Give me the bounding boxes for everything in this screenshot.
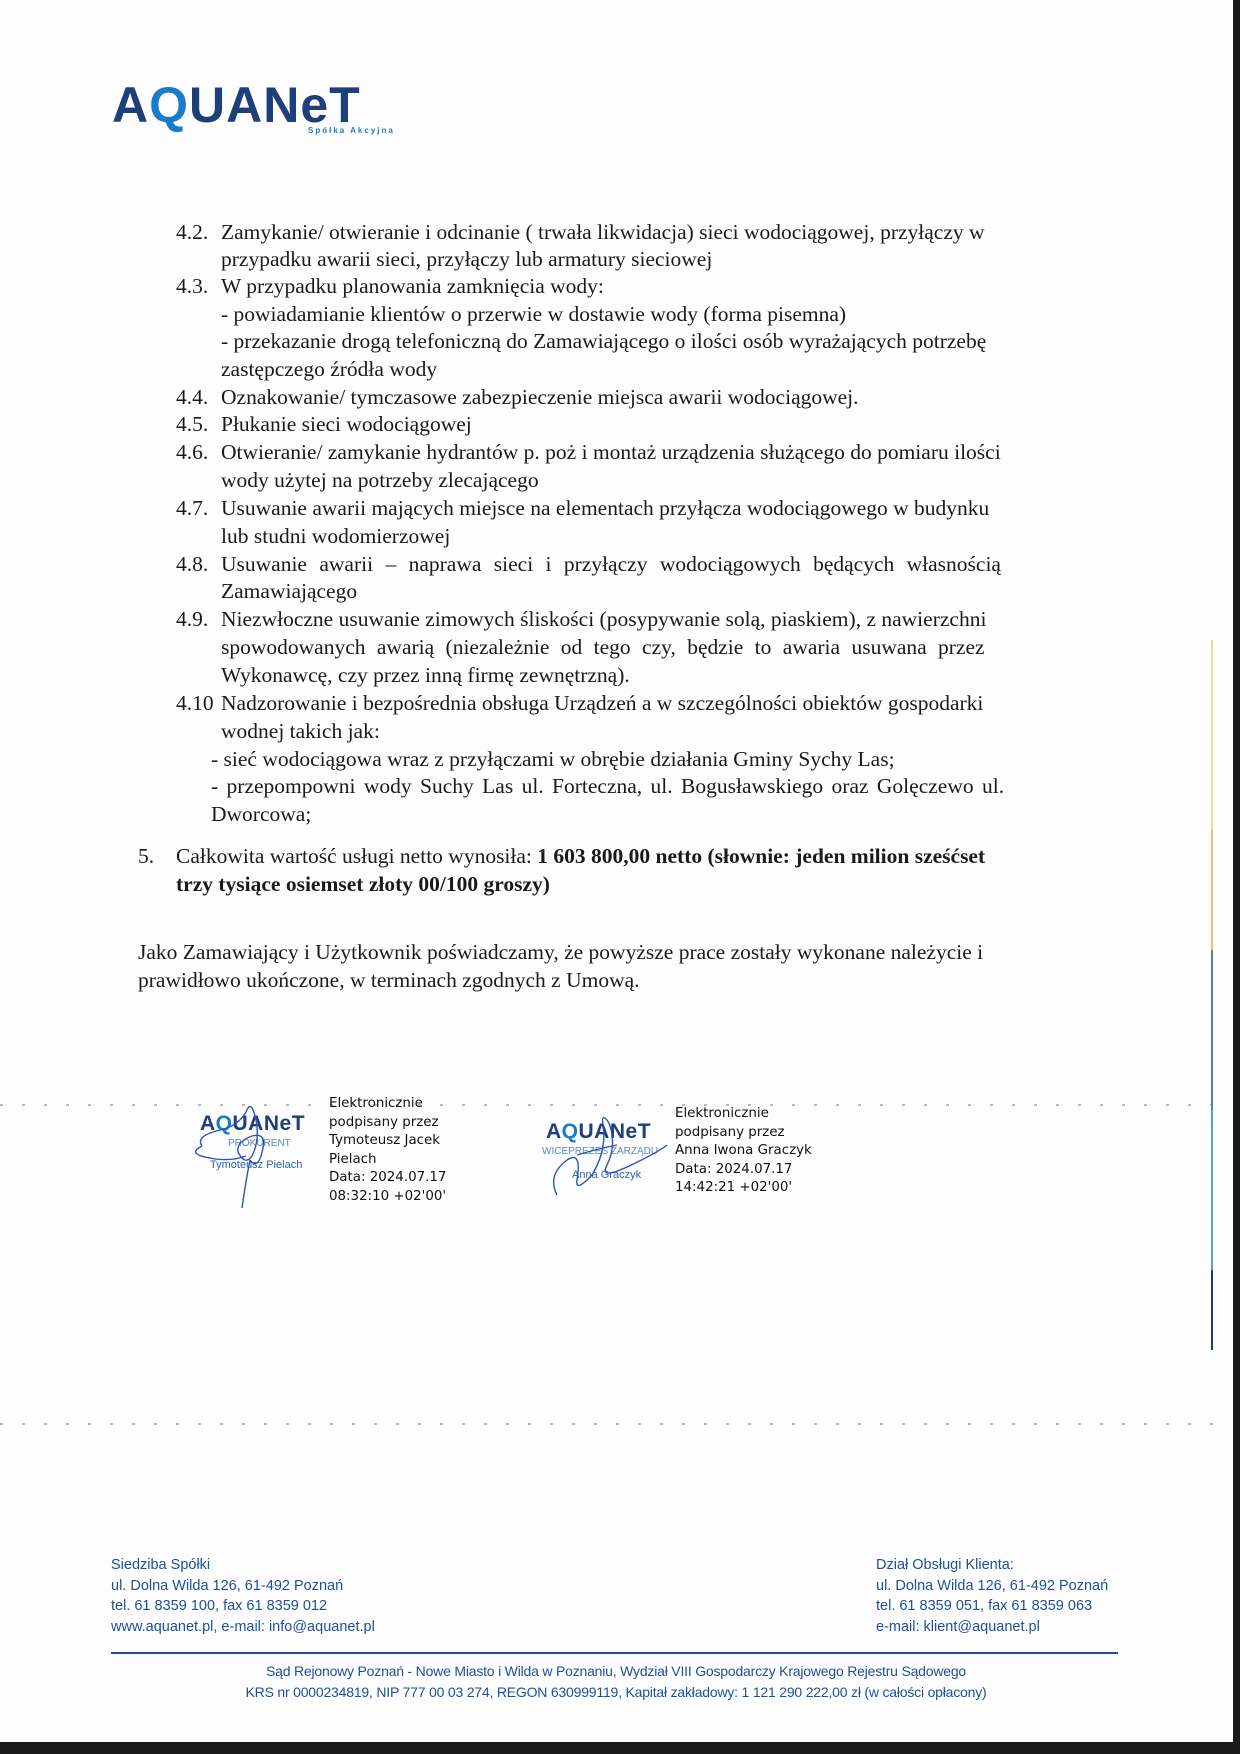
footer-heading: Siedziba Spółki <box>111 1555 375 1576</box>
footer-company-ids: KRS nr 0000234819, NIP 777 00 03 274, RE… <box>0 1682 1232 1703</box>
item-bullet: - przepompowni wody Suchy Las ul. Fortec… <box>211 772 1004 800</box>
scan-edge <box>0 1742 1240 1754</box>
scan-artifact-line <box>1211 640 1213 830</box>
handwritten-signature-icon <box>537 1105 677 1205</box>
footer-court-registry: Sąd Rejonowy Poznań - Nowe Miasto i Wild… <box>0 1661 1232 1682</box>
item-bullet: - sieć wodociągowa wraz z przyłączami w … <box>211 745 895 773</box>
certification-text: prawidłowo ukończone, w terminach zgodny… <box>138 966 640 994</box>
footer-customer-service: Dział Obsługi Klienta: ul. Dolna Wilda 1… <box>876 1555 1108 1637</box>
item-bullet: - przekazanie drogą telefoniczną do Zama… <box>221 327 986 355</box>
item-text: wodnej takich jak: <box>221 717 380 745</box>
item-text: Usuwanie awarii mających miejsce na elem… <box>221 494 989 522</box>
item-number: 4.8. <box>176 550 208 578</box>
footer-email[interactable]: e-mail: klient@aquanet.pl <box>876 1617 1108 1638</box>
item-number: 4.2. <box>176 218 208 246</box>
item-number: 4.5. <box>176 410 208 438</box>
scan-artifact-line <box>1211 1270 1213 1350</box>
total-number: 5. <box>138 842 154 870</box>
logo-letters-rest: UANeT <box>189 77 361 133</box>
item-text: Oznakowanie/ tymczasowe zabezpieczenie m… <box>221 383 859 411</box>
scan-artifact-line <box>1211 950 1213 1110</box>
signature-line: Elektronicznie <box>329 1095 446 1114</box>
footer-address: ul. Dolna Wilda 126, 61-492 Poznań <box>111 1576 375 1597</box>
signature-time: 14:42:21 +02'00' <box>675 1179 812 1198</box>
scan-artifact-line <box>0 1423 1232 1425</box>
signature-details: Elektronicznie podpisany przez Tymoteusz… <box>329 1095 446 1206</box>
certification-text: Jako Zamawiający i Użytkownik poświadcza… <box>138 938 983 966</box>
scan-artifact-line <box>1211 830 1213 950</box>
item-number: 4.6. <box>176 438 208 466</box>
signer-name: Anna Iwona Graczyk <box>675 1142 812 1161</box>
item-text: Usuwanie awarii – naprawa sieci i przyłą… <box>221 550 1001 578</box>
scan-edge <box>1233 0 1240 1754</box>
item-text: Nadzorowanie i bezpośrednia obsługa Urzą… <box>221 689 983 717</box>
footer-phone: tel. 61 8359 100, fax 61 8359 012 <box>111 1596 375 1617</box>
item-text: Zamykanie/ otwieranie i odcinanie ( trwa… <box>221 218 1095 246</box>
item-text: spowodowanych awarią (niezależnie od teg… <box>221 633 985 661</box>
item-text: Wykonawcę, czy przez inną firmę zewnętrz… <box>221 661 630 689</box>
logo-wordmark: AQUANeT <box>112 80 432 130</box>
item-number: 4.4. <box>176 383 208 411</box>
logo-subtitle: Spółka Akcyjna <box>308 126 395 135</box>
item-number: 4.10 <box>176 689 214 717</box>
signer-name: Pielach <box>329 1151 446 1170</box>
footer-phone: tel. 61 8359 051, fax 61 8359 063 <box>876 1596 1108 1617</box>
footer-web-email[interactable]: www.aquanet.pl, e-mail: info@aquanet.pl <box>111 1617 375 1638</box>
signature-line: podpisany przez <box>675 1124 812 1143</box>
footer-heading: Dział Obsługi Klienta: <box>876 1555 1108 1576</box>
handwritten-signature-icon <box>190 1100 320 1210</box>
item-text: Dworcowa; <box>211 800 311 828</box>
item-number: 4.3. <box>176 272 208 300</box>
signature-line: podpisany przez <box>329 1114 446 1133</box>
signer-name: Tymoteusz Jacek <box>329 1132 446 1151</box>
item-text: Zamawiającego <box>221 577 357 605</box>
signature-line: Elektronicznie <box>675 1105 812 1124</box>
scan-artifact-line <box>1211 1110 1213 1270</box>
item-text: zastępczego źródła wody <box>221 355 437 383</box>
item-bullet: - powiadamianie klientów o przerwie w do… <box>221 300 846 328</box>
footer-legal: Sąd Rejonowy Poznań - Nowe Miasto i Wild… <box>0 1661 1232 1703</box>
total-label: Całkowita wartość usługi netto wynosiła: <box>176 844 537 868</box>
item-text: wody użytej na potrzeby zlecającego <box>221 466 539 494</box>
total-amount: 1 603 800,00 netto (słownie: jeden milio… <box>537 844 985 868</box>
logo-letter-a: A <box>112 77 149 133</box>
footer-divider <box>111 1652 1118 1654</box>
logo-letter-q: Q <box>149 77 189 133</box>
item-number: 4.7. <box>176 494 208 522</box>
signature-date: Data: 2024.07.17 <box>675 1161 812 1180</box>
item-text: Niezwłoczne usuwanie zimowych śliskości … <box>221 605 986 633</box>
total-amount-words: trzy tysiące osiemset złoty 00/100 grosz… <box>176 870 550 898</box>
total-line: Całkowita wartość usługi netto wynosiła:… <box>176 842 985 870</box>
signature-stamp: AQUANeT WICEPREZES ZARZĄDU Anna Graczyk <box>542 1120 672 1210</box>
item-text: przypadku awarii sieci, przyłączy lub ar… <box>221 245 712 273</box>
signature-details: Elektronicznie podpisany przez Anna Iwon… <box>675 1105 812 1198</box>
item-text: Otwieranie/ zamykanie hydrantów p. poż i… <box>221 438 1001 466</box>
signature-stamp: AQUANeT PROKURENT Tymoteusz Pielach <box>200 1112 320 1207</box>
aquanet-logo: AQUANeT Spółka Akcyjna <box>112 80 432 150</box>
footer-headquarters: Siedziba Spółki ul. Dolna Wilda 126, 61-… <box>111 1555 375 1637</box>
item-text: Płukanie sieci wodociągowej <box>221 410 472 438</box>
item-text: lub studni wodomierzowej <box>221 522 450 550</box>
item-number: 4.9. <box>176 605 208 633</box>
document-page: AQUANeT Spółka Akcyjna 4.2. Zamykanie/ o… <box>0 0 1232 1742</box>
item-text: W przypadku planowania zamknięcia wody: <box>221 272 604 300</box>
signature-date: Data: 2024.07.17 <box>329 1169 446 1188</box>
footer-address: ul. Dolna Wilda 126, 61-492 Poznań <box>876 1576 1108 1597</box>
signature-time: 08:32:10 +02'00' <box>329 1188 446 1207</box>
